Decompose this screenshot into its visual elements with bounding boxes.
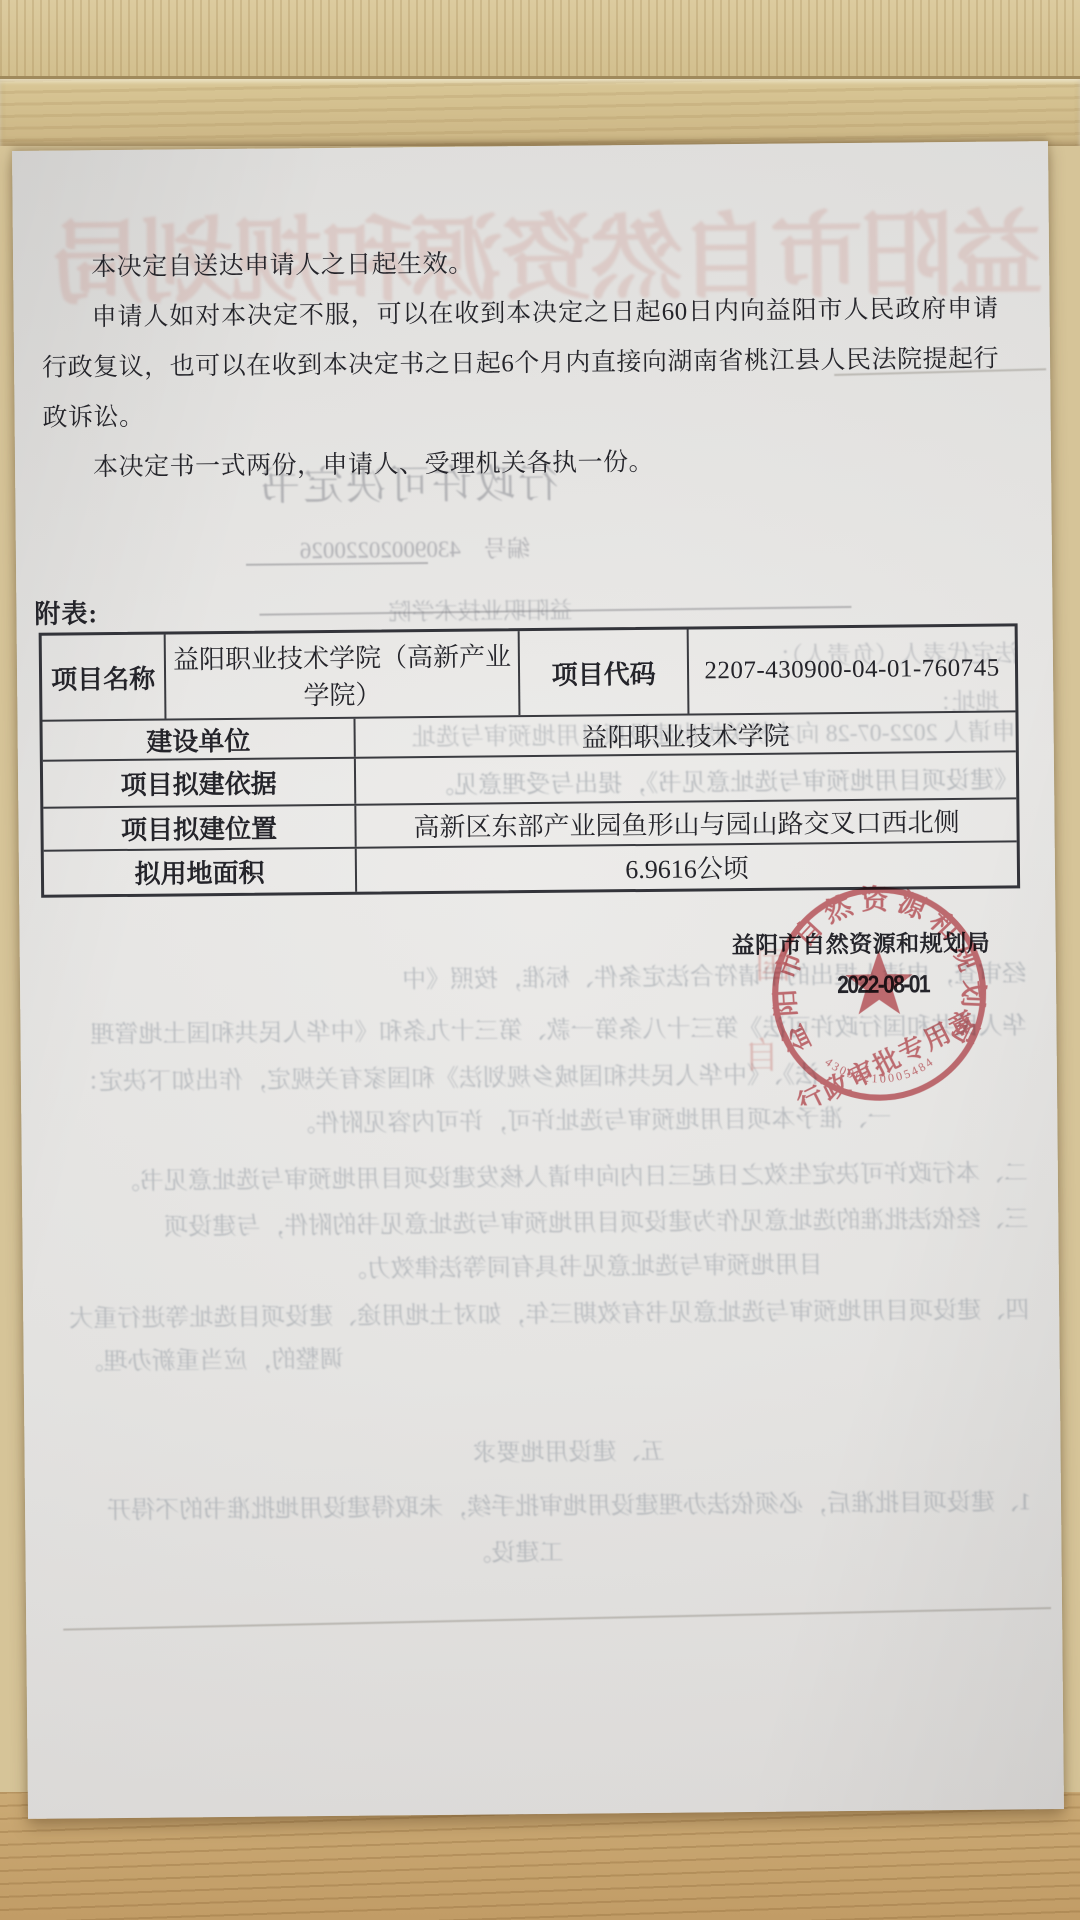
cell-value <box>356 752 1016 803</box>
bleedthrough-underline <box>246 562 428 566</box>
bleedthrough-line: 1、建设项目批准后，必须依法办理建设用地审批手续，未取得建设用地批准书的不得开 <box>63 1481 1031 1525</box>
paper-crease <box>63 1607 1051 1630</box>
paragraph-copies: 本决定书一式两份，申请人、受理机关各执一份。 <box>43 435 1000 494</box>
bleedthrough-line: 二、本行政许可决定生效之日起三日内向申请人核发建设项目用地预审与选址意见书。 <box>60 1152 1028 1196</box>
bleedthrough-line: 目用地预审与选址意见书具有同等法律效力。 <box>303 1244 823 1284</box>
cell-label: 项目拟建依据 <box>43 759 357 807</box>
photo-of-document: { "doc": { "paragraphs": [ "本决定自送达申请人之日起… <box>0 0 1080 1920</box>
cell-project-name-label: 项目名称 <box>42 635 167 720</box>
cell-label: 拟用地面积 <box>44 849 358 895</box>
paragraph-effective-date: 本决定自送达申请人之日起生效。 <box>41 235 998 294</box>
cell-label: 项目拟建位置 <box>43 806 356 850</box>
attachment-label: 附表: <box>34 593 98 631</box>
cell-project-code-label: 项目代码 <box>520 630 690 716</box>
seal-star-icon <box>845 950 913 1015</box>
official-seal: 益阳市自然资源和规划局 行政审批专用章 43090210005484 <box>767 882 991 1106</box>
cell-project-code-value: 2207-430900-04-01-760745 <box>689 626 1016 713</box>
paragraph-appeal-rights: 申请人如对本决定不服，可以在收到本决定之日起60日内向益阳市人民政府申请行政复议… <box>41 285 999 444</box>
bleedthrough-line: 工建设。 <box>443 1532 563 1568</box>
bleedthrough-serial-number: 编号 43090020220026 <box>244 530 530 566</box>
cell-value: 高新区东部产业园鱼形山与园山路交叉口西北侧 <box>356 799 1016 846</box>
table-row-project-name: 项目名称 益阳职业技术学院（高新产业学院） 项目代码 2207-430900-0… <box>42 626 1016 721</box>
document-sheet: 益阳市自然资源和规划局 行政许可决定书 编号 43090020220026 益阳… <box>12 141 1064 1819</box>
bleedthrough-line: 四、建设项目用地预审与选址意见书有效期三年，如对土地用途、建设项目选址等进行重大 <box>61 1289 1029 1333</box>
seal-banner-text: 行政审批专用章 <box>792 1004 982 1106</box>
bleedthrough-line: 三、经依法批准的选址意见作为建设项目用地预审与选址意见书的附件，与建设项 <box>60 1198 1028 1242</box>
decision-paragraphs: 本决定自送达申请人之日起生效。 申请人如对本决定不服，可以在收到本决定之日起60… <box>41 235 1000 494</box>
cell-value: 益阳职业技术学院 <box>356 712 1016 756</box>
wood-wall-panel <box>0 0 1080 79</box>
cell-project-name-value: 益阳职业技术学院（高新产业学院） <box>166 631 521 718</box>
attachment-table: 项目名称 益阳职业技术学院（高新产业学院） 项目代码 2207-430900-0… <box>39 623 1020 897</box>
bleedthrough-line: 五、建设用地要求 <box>424 1431 664 1468</box>
bleedthrough-line: 法》、《中华人民共和国城乡规划法》和国家有关规定，作出如下决定： <box>59 1054 819 1096</box>
cell-label: 建设单位 <box>42 719 355 760</box>
bleedthrough-line: 调整的，应当重新办理。 <box>63 1339 343 1377</box>
wood-rail-strip <box>0 79 1080 146</box>
